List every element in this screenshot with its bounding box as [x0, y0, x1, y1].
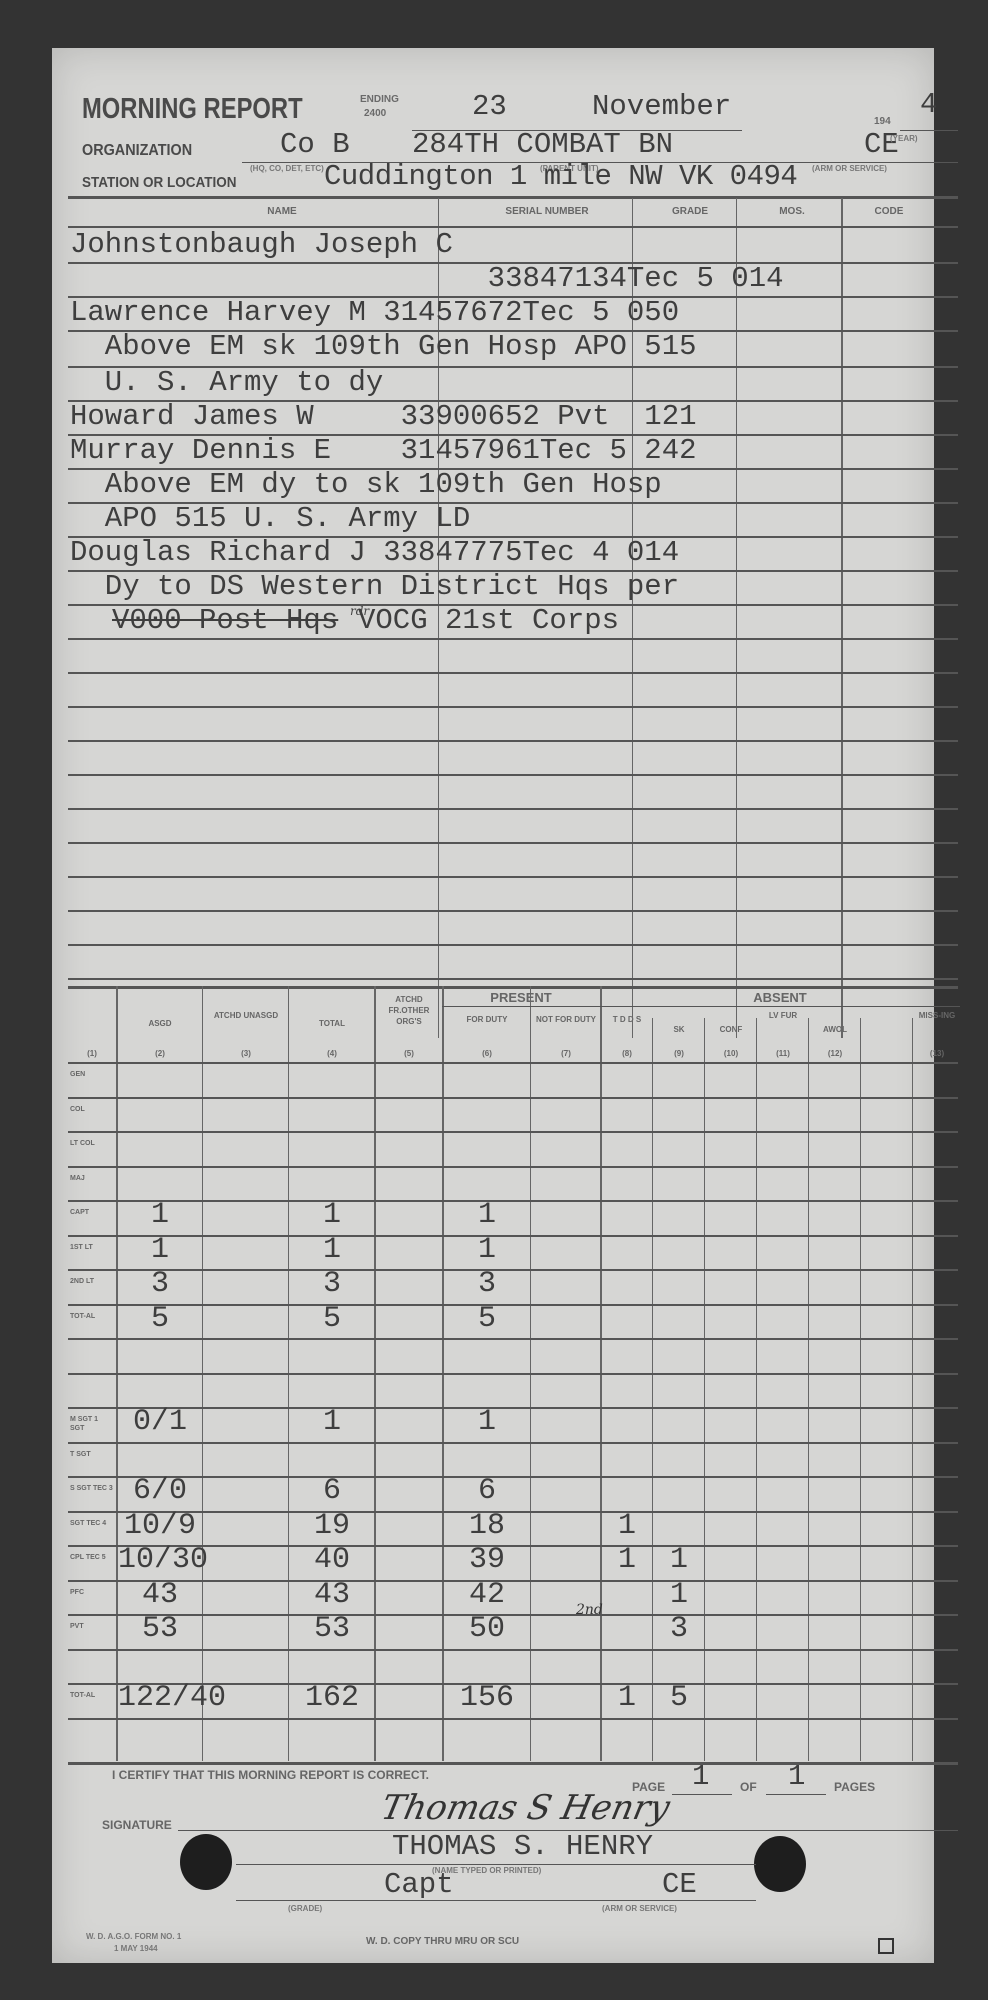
- col-total: TOTAL: [290, 1018, 374, 1029]
- checkbox[interactable]: [878, 1938, 894, 1954]
- col-atchd-other: ATCHD FR.OTHER ORG'S: [376, 994, 442, 1027]
- cell-total: 6: [290, 1474, 374, 1508]
- col-missing: MISS-ING: [914, 1010, 960, 1021]
- grade-label: SGT TEC 4: [70, 1519, 114, 1528]
- col-num: (6): [444, 1048, 530, 1059]
- year-caption: (YEAR): [890, 134, 918, 143]
- roster-line: Dy to DS Western District Hqs per: [70, 570, 679, 603]
- row-divider: [68, 1338, 958, 1340]
- roster-line-continued: VOCG 21st Corps: [358, 604, 619, 637]
- grade-label: LT COL: [70, 1139, 114, 1148]
- cell-total: 1: [290, 1405, 374, 1439]
- col-code: CODE: [844, 206, 934, 217]
- cell-asgd: 5: [118, 1302, 202, 1336]
- col-num: (12): [810, 1048, 860, 1059]
- row-divider: [68, 1649, 958, 1651]
- col-num: (2): [118, 1048, 202, 1059]
- cell-for-duty: 6: [444, 1474, 530, 1508]
- cell-for-duty: 3: [444, 1267, 530, 1301]
- binder-hole-left: [180, 1834, 232, 1890]
- parent-unit-value: 284TH COMBAT BN: [412, 128, 673, 161]
- roster-line: 33847134Tec 5 014: [70, 262, 784, 295]
- page-number: 1: [692, 1760, 709, 1793]
- col-num: (9): [654, 1048, 704, 1059]
- grade-label: M SGT 1 SGT: [70, 1415, 114, 1433]
- col-awol: AWOL: [810, 1024, 860, 1035]
- row-divider: [68, 1166, 958, 1168]
- grade-label: TOT-AL: [70, 1691, 114, 1700]
- ending-label: ENDING: [360, 94, 399, 105]
- cell-for-duty: 39: [444, 1543, 530, 1577]
- col-lv-fur: LV FUR: [758, 1010, 808, 1021]
- station-label: STATION OR LOCATION: [82, 174, 236, 191]
- cell-sk: 3: [654, 1612, 704, 1646]
- col-sk: SK: [654, 1024, 704, 1035]
- cell-total: 1: [290, 1198, 374, 1232]
- cell-asgd: 10/9: [118, 1509, 202, 1543]
- row-divider: [68, 1097, 958, 1099]
- grade-label: GEN: [70, 1070, 114, 1079]
- cell-asgd: 0/1: [118, 1405, 202, 1439]
- col-atchd-unasgd: ATCHD UNASGD: [204, 1010, 288, 1021]
- cell-tdds: 1: [602, 1509, 652, 1543]
- group-present: PRESENT: [442, 992, 600, 1003]
- row-divider: [68, 1718, 958, 1720]
- copy-note: W. D. COPY THRU MRU OR SCU: [366, 1936, 519, 1947]
- arm-caption: (ARM OR SERVICE): [812, 164, 887, 173]
- report-day: 23: [472, 90, 507, 123]
- col-not-for-duty: NOT FOR DUTY: [532, 1014, 600, 1025]
- cell-tdds: 1: [602, 1681, 652, 1715]
- col-asgd: ASGD: [118, 1018, 202, 1029]
- cell-total: 3: [290, 1267, 374, 1301]
- col-name: NAME: [202, 206, 362, 217]
- form-date: 1 MAY 1944: [114, 1944, 158, 1953]
- cell-asgd: 1: [118, 1198, 202, 1232]
- ending-time: 2400: [364, 108, 386, 119]
- roster-line: U. S. Army to dy: [70, 366, 383, 399]
- signature: Thomas S Henry: [378, 1788, 674, 1828]
- cell-for-duty: 1: [444, 1233, 530, 1267]
- cell-for-duty: 5: [444, 1302, 530, 1336]
- cell-total: 5: [290, 1302, 374, 1336]
- cell-total: 53: [290, 1612, 374, 1646]
- morning-report-form: MORNING REPORT ENDING 2400 23 November 1…: [52, 48, 934, 1963]
- struck-text: V000 Post Hqs: [112, 604, 338, 637]
- cell-for-duty: 1: [444, 1405, 530, 1439]
- cell-sk: 5: [654, 1681, 704, 1715]
- organization-label: ORGANIZATION: [82, 142, 192, 160]
- officer-arm: CE: [662, 1868, 697, 1901]
- col-serial: SERIAL NUMBER: [452, 206, 642, 217]
- form-title: MORNING REPORT: [82, 93, 303, 126]
- certify-text: I CERTIFY THAT THIS MORNING REPORT IS CO…: [112, 1768, 429, 1782]
- grade-label: S SGT TEC 3: [70, 1484, 114, 1493]
- cell-total: 1: [290, 1233, 374, 1267]
- group-absent: ABSENT: [600, 992, 960, 1003]
- col-num: (3): [204, 1048, 288, 1059]
- col-num: (11): [758, 1048, 808, 1059]
- col-num: (13): [914, 1048, 960, 1059]
- cell-asgd: 43: [118, 1578, 202, 1612]
- roster-line: APO 515 U. S. Army LD: [70, 502, 470, 535]
- cell-sk: 1: [654, 1543, 704, 1577]
- cell-for-duty: 50: [444, 1612, 530, 1646]
- row-divider: [68, 1131, 958, 1133]
- cell-for-duty: 1: [444, 1198, 530, 1232]
- grade-label: CAPT: [70, 1208, 114, 1217]
- arm-value: CE: [864, 128, 899, 161]
- col-num: (7): [532, 1048, 600, 1059]
- report-month: November: [592, 90, 731, 123]
- pages-total: 1: [788, 1760, 805, 1793]
- col-num: (10): [706, 1048, 756, 1059]
- grade-label: TOT-AL: [70, 1312, 114, 1321]
- annotation-2nd: 2nd: [576, 1602, 603, 1618]
- cell-asgd: 53: [118, 1612, 202, 1646]
- organization-value: Co B: [280, 128, 350, 161]
- roster-line: Murray Dennis E 31457961Tec 5 242: [70, 434, 697, 467]
- grade-label: PFC: [70, 1588, 114, 1597]
- signature-label: SIGNATURE: [102, 1818, 172, 1832]
- grade-label: CPL TEC 5: [70, 1553, 114, 1562]
- cell-for-duty: 156: [444, 1681, 530, 1715]
- grade-label: 1ST LT: [70, 1243, 114, 1252]
- form-number: W. D. A.G.O. FORM NO. 1: [86, 1932, 181, 1941]
- year-prefix: 194: [874, 116, 891, 127]
- cell-sk: 1: [654, 1578, 704, 1612]
- roster-line: Howard James W 33900652 Pvt 121: [70, 400, 697, 433]
- station-value: Cuddington 1 mile NW VK 0494: [324, 160, 797, 193]
- col-for-duty: FOR DUTY: [444, 1014, 530, 1025]
- cell-total: 40: [290, 1543, 374, 1577]
- cell-total: 43: [290, 1578, 374, 1612]
- col-tdds: T D D S: [602, 1014, 652, 1025]
- pages-label: PAGES: [834, 1780, 875, 1794]
- cell-asgd: 3: [118, 1267, 202, 1301]
- col-num: (5): [376, 1048, 442, 1059]
- col-mos: MOS.: [742, 206, 842, 217]
- col-conf: CONF: [706, 1024, 756, 1035]
- organization-caption: (HQ, CO, DET, ETC): [250, 164, 324, 173]
- year-digit: 4: [920, 88, 937, 121]
- col-num: (4): [290, 1048, 374, 1059]
- cell-total: 19: [290, 1509, 374, 1543]
- cell-asgd: 122/40: [118, 1681, 202, 1715]
- roster-line: Johnstonbaugh Joseph C: [70, 228, 453, 261]
- grade-label: MAJ: [70, 1174, 114, 1183]
- col-num: (1): [68, 1048, 116, 1059]
- col-num: (8): [602, 1048, 652, 1059]
- grade-label: PVT: [70, 1622, 114, 1631]
- cell-total: 162: [290, 1681, 374, 1715]
- cell-asgd: 10/30: [118, 1543, 202, 1577]
- roster-line: Above EM sk 109th Gen Hosp APO 515: [70, 330, 697, 363]
- officer-grade: Capt: [384, 1868, 454, 1901]
- roster-line: Douglas Richard J 33847775Tec 4 014: [70, 536, 679, 569]
- grade-label: T SGT: [70, 1450, 114, 1459]
- cell-for-duty: 42: [444, 1578, 530, 1612]
- cell-asgd: 1: [118, 1233, 202, 1267]
- grade-label: COL: [70, 1105, 114, 1114]
- typed-name: THOMAS S. HENRY: [392, 1830, 653, 1863]
- binder-hole-right: [754, 1836, 806, 1892]
- col-grade: GRADE: [640, 206, 740, 217]
- row-divider: [68, 1442, 958, 1444]
- arm-caption-footer: (ARM OR SERVICE): [602, 1904, 677, 1913]
- grade-caption: (GRADE): [288, 1904, 322, 1913]
- cell-asgd: 6/0: [118, 1474, 202, 1508]
- grade-label: 2ND LT: [70, 1277, 114, 1286]
- roster-line: Lawrence Harvey M 31457672Tec 5 050: [70, 296, 679, 329]
- roster-line: Above EM dy to sk 109th Gen Hosp: [70, 468, 662, 501]
- of-label: OF: [740, 1780, 757, 1794]
- cell-tdds: 1: [602, 1543, 652, 1577]
- row-divider: [68, 1373, 958, 1375]
- cell-for-duty: 18: [444, 1509, 530, 1543]
